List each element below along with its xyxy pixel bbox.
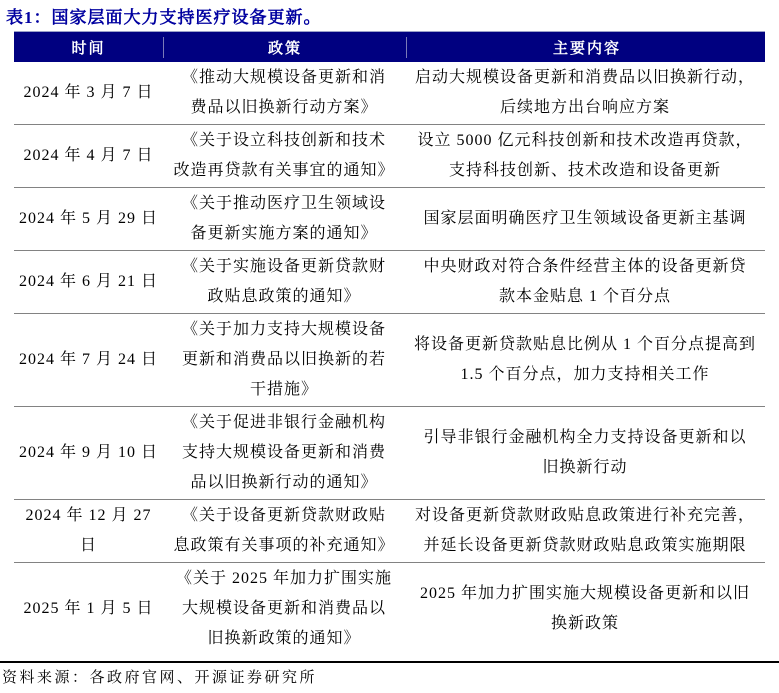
table-row: 2024 年 9 月 10 日 《关于促进非银行金融机构 支持大规模设备更新和消…	[14, 407, 765, 500]
date-cell: 2024 年 4 月 7 日	[14, 140, 163, 172]
table-row: 2024 年 4 月 7 日 《关于设立科技创新和技术 改造再贷款有关事宜的通知…	[14, 125, 765, 188]
content-cell: 启动大规模设备更新和消费品以旧换新行动， 后续地方出台响应方案	[405, 62, 765, 124]
date-cell: 2024 年 9 月 10 日	[14, 437, 163, 469]
policy-cell: 《关于推动医疗卫生领域设 备更新实施方案的通知》	[163, 188, 405, 250]
date-cell: 2025 年 1 月 5 日	[14, 593, 163, 625]
source-note: 资料来源：各政府官网、开源证券研究所	[2, 666, 317, 687]
content-cell: 引导非银行金融机构全力支持设备更新和以 旧换新行动	[405, 422, 765, 484]
content-cell: 对设备更新贷款财政贴息政策进行补充完善， 并延长设备更新贷款财政贴息政策实施期限	[405, 500, 765, 562]
header-cell-content: 主要内容	[406, 37, 767, 58]
date-cell: 2024 年 6 月 21 日	[14, 266, 163, 298]
content-cell: 设立 5000 亿元科技创新和技术改造再贷款， 支持科技创新、技术改造和设备更新	[405, 125, 765, 187]
policy-cell: 《关于 2025 年加力扩围实施 大规模设备更新和消费品以 旧换新政策的通知》	[163, 563, 405, 655]
policy-cell: 《关于实施设备更新贷款财 政贴息政策的通知》	[163, 251, 405, 313]
table-row: 2024 年 3 月 7 日 《推动大规模设备更新和消 费品以旧换新行动方案》 …	[14, 62, 765, 125]
policy-cell: 《关于设立科技创新和技术 改造再贷款有关事宜的通知》	[163, 125, 405, 187]
table-row: 2024 年 12 月 27 日 《关于设备更新贷款财政贴 息政策有关事项的补充…	[14, 500, 765, 563]
header-cell-policy: 政策	[163, 37, 406, 58]
table-row: 2024 年 7 月 24 日 《关于加力支持大规模设备 更新和消费品以旧换新的…	[14, 314, 765, 407]
policy-cell: 《关于促进非银行金融机构 支持大规模设备更新和消费 品以旧换新行动的通知》	[163, 407, 405, 499]
table-row: 2024 年 5 月 29 日 《关于推动医疗卫生领域设 备更新实施方案的通知》…	[14, 188, 765, 251]
table-header-row: 时间 政策 主要内容	[14, 31, 765, 62]
table-row: 2024 年 6 月 21 日 《关于实施设备更新贷款财 政贴息政策的通知》 中…	[14, 251, 765, 314]
page-title: 表1：国家层面大力支持医疗设备更新。	[6, 3, 322, 28]
content-cell: 国家层面明确医疗卫生领域设备更新主基调	[405, 203, 765, 235]
policy-cell: 《关于加力支持大规模设备 更新和消费品以旧换新的若 干措施》	[163, 314, 405, 406]
date-cell: 2024 年 3 月 7 日	[14, 77, 163, 109]
header-cell-time: 时间	[14, 37, 163, 58]
content-cell: 中央财政对符合条件经营主体的设备更新贷 款本金贴息 1 个百分点	[405, 251, 765, 313]
policy-cell: 《关于设备更新贷款财政贴 息政策有关事项的补充通知》	[163, 500, 405, 562]
content-cell: 2025 年加力扩围实施大规模设备更新和以旧 换新政策	[405, 578, 765, 640]
date-cell: 2024 年 7 月 24 日	[14, 344, 163, 376]
policy-cell: 《推动大规模设备更新和消 费品以旧换新行动方案》	[163, 62, 405, 124]
date-cell: 2024 年 5 月 29 日	[14, 203, 163, 235]
content-cell: 将设备更新贷款贴息比例从 1 个百分点提高到 1.5 个百分点，加力支持相关工作	[405, 329, 765, 391]
date-cell: 2024 年 12 月 27 日	[14, 500, 163, 562]
table-row: 2025 年 1 月 5 日 《关于 2025 年加力扩围实施 大规模设备更新和…	[14, 563, 765, 655]
policy-table: 时间 政策 主要内容 2024 年 3 月 7 日 《推动大规模设备更新和消 费…	[14, 31, 765, 655]
table-bottom-rule	[0, 661, 779, 663]
